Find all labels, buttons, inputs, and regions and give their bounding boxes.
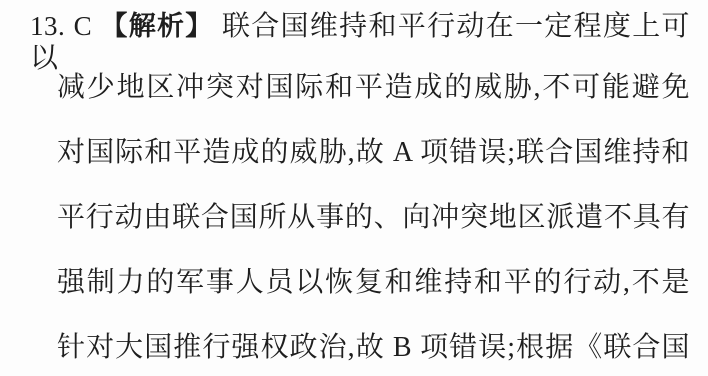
answer-choice: C — [74, 11, 93, 41]
answer-line-6: 针对大国推行强权政治,故 B 项错误;根据《联合国 — [57, 332, 690, 366]
answer-line-2: 减少地区冲突对国际和平造成的威胁,不可能避免 — [57, 72, 690, 106]
answer-line-3: 对国际和平造成的威胁,故 A 项错误;联合国维持和 — [57, 137, 690, 171]
explanation-text-line-4: 平行动由联合国所从事的、向冲突地区派遣不具有 — [57, 202, 690, 233]
answer-line-1: 13. C 【解析】 联合国维持和平行动在一定程度上可以 — [30, 10, 690, 44]
question-number: 13. — [30, 11, 65, 41]
answer-line-5: 强制力的军事人员以恢复和维持和平的行动,不是 — [57, 267, 690, 301]
answer-line-4: 平行动由联合国所从事的、向冲突地区派遣不具有 — [57, 202, 690, 236]
explanation-label: 【解析】 — [100, 11, 213, 41]
explanation-text-line-3: 对国际和平造成的威胁,故 A 项错误;联合国维持和 — [57, 137, 690, 168]
scanned-answer-page: 13. C 【解析】 联合国维持和平行动在一定程度上可以 减少地区冲突对国际和平… — [0, 0, 708, 376]
explanation-text-line-5: 强制力的军事人员以恢复和维持和平的行动,不是 — [57, 267, 690, 298]
explanation-text-line-6: 针对大国推行强权政治,故 B 项错误;根据《联合国 — [57, 332, 690, 363]
explanation-text-line-2: 减少地区冲突对国际和平造成的威胁,不可能避免 — [57, 72, 690, 103]
